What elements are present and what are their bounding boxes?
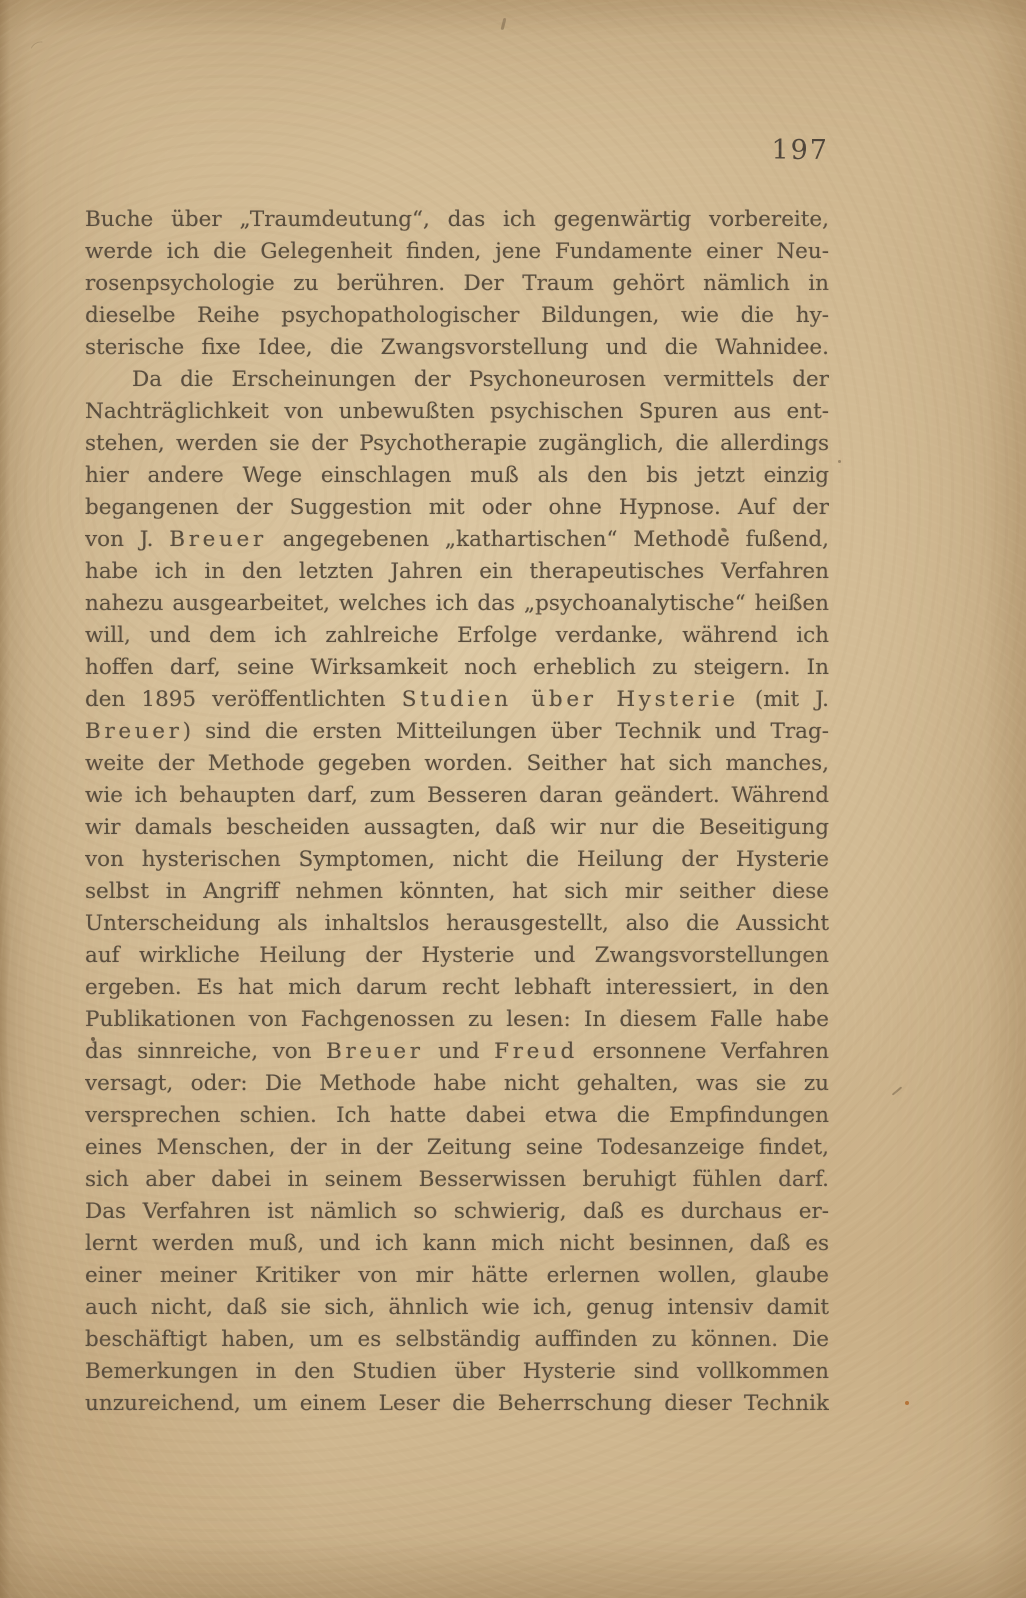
- text-line: rosenpsychologie zu berühren. Der Traum …: [85, 268, 829, 300]
- text-segment: den 1895 veröffentlichten: [85, 687, 402, 712]
- text-line: will, und dem ich zahlreiche Erfolge ver…: [85, 620, 829, 652]
- text-line: weite der Methode gegeben worden. Seithe…: [85, 748, 829, 780]
- text-segment: ergeben. Es hat mich darum recht lebhaft…: [85, 975, 829, 1000]
- text-block: Buche über „Traumdeutung“, das ich gegen…: [85, 204, 829, 1420]
- paper-fiber: [28, 38, 51, 59]
- text-line: selbst in Angriff nehmen könnten, hat si…: [85, 876, 829, 908]
- text-line: Da die Erscheinungen der Psychoneurosen …: [85, 364, 829, 396]
- text-segment: ersonnene Verfahren: [578, 1039, 829, 1064]
- paragraph: Da die Erscheinungen der Psychoneurosen …: [85, 364, 829, 1420]
- text-line: eines Menschen, der in der Zeitung seine…: [85, 1132, 829, 1164]
- text-segment: habe ich in den letzten Jahren ein thera…: [85, 559, 829, 584]
- text-segment: Buche über „Traumdeutung“, das ich gegen…: [85, 207, 829, 232]
- text-segment: von J.: [85, 527, 169, 552]
- text-segment: versagt, oder: Die Methode habe nicht ge…: [85, 1071, 829, 1096]
- text-segment: dieselbe Reihe psychopathologischer Bild…: [85, 303, 829, 328]
- paper-speck: [905, 1401, 909, 1405]
- text-segment: lernt werden muß, und ich kann mich nich…: [85, 1231, 829, 1256]
- text-segment: Nachträglichkeit von unbewußten psychisc…: [85, 399, 829, 424]
- text-line: das sinnreiche, von Breuer und Freud ers…: [85, 1036, 829, 1068]
- text-line: wir damals bescheiden aussagten, daß wir…: [85, 812, 829, 844]
- scanned-book-page: 197 Buche über „Traumdeutung“, das ich g…: [0, 0, 1026, 1598]
- text-line: Unterscheidung als inhaltslos herausgest…: [85, 908, 829, 940]
- letterspaced-name: Studien über Hysterie: [402, 687, 739, 712]
- text-line: sich aber dabei in seinem Besserwissen b…: [85, 1164, 829, 1196]
- text-segment: Publikationen von Fachgenossen zu lesen:…: [85, 1007, 829, 1032]
- text-segment: wir damals bescheiden aussagten, daß wir…: [85, 815, 829, 840]
- text-line: von hysterischen Symptomen, nicht die He…: [85, 844, 829, 876]
- paragraph: Buche über „Traumdeutung“, das ich gegen…: [85, 204, 829, 364]
- text-line: von J. Breuer angegebenen „kathartischen…: [85, 524, 829, 556]
- text-segment: und: [424, 1039, 495, 1064]
- text-segment: Das Verfahren ist nämlich so schwierig, …: [85, 1199, 829, 1224]
- text-line: versagt, oder: Die Methode habe nicht ge…: [85, 1068, 829, 1100]
- page-number: 197: [771, 135, 829, 166]
- text-segment: will, und dem ich zahlreiche Erfolge ver…: [85, 623, 829, 648]
- text-line: Bemerkungen in den Studien über Hysterie…: [85, 1356, 829, 1388]
- text-segment: stehen, werden sie der Psychotherapie zu…: [85, 431, 829, 456]
- text-segment: sich aber dabei in seinem Besserwissen b…: [85, 1167, 829, 1192]
- text-segment: Da die Erscheinungen der Psychoneurosen …: [132, 367, 829, 392]
- text-segment: Bemerkungen in den Studien über Hysterie…: [85, 1359, 829, 1384]
- text-segment: eines Menschen, der in der Zeitung seine…: [85, 1135, 829, 1160]
- text-segment: unzureichend, um einem Leser die Beherrs…: [85, 1391, 829, 1416]
- page-header: 197: [85, 0, 829, 165]
- text-line: sterische fixe Idee, die Zwangsvorstellu…: [85, 332, 829, 364]
- text-line: den 1895 veröffentlichten Studien über H…: [85, 684, 829, 716]
- letterspaced-name: Freud: [494, 1039, 578, 1064]
- letterspaced-name: Breuer: [85, 719, 183, 744]
- text-line: wie ich behaupten darf, zum Besseren dar…: [85, 780, 829, 812]
- text-segment: wie ich behaupten darf, zum Besseren dar…: [85, 783, 829, 808]
- text-line: unzureichend, um einem Leser die Beherrs…: [85, 1388, 829, 1420]
- text-line: dieselbe Reihe psychopathologischer Bild…: [85, 300, 829, 332]
- paper-scratch: [892, 1086, 902, 1095]
- text-line: hoffen darf, seine Wirksamkeit noch erhe…: [85, 652, 829, 684]
- text-segment: versprechen schien. Ich hatte dabei etwa…: [85, 1103, 829, 1128]
- text-line: auch nicht, daß sie sich, ähnlich wie ic…: [85, 1292, 829, 1324]
- text-segment: sterische fixe Idee, die Zwangsvorstellu…: [85, 335, 829, 360]
- text-segment: beschäftigt haben, um es selbständig auf…: [85, 1327, 829, 1352]
- text-line: hier andere Wege einschlagen muß als den…: [85, 460, 829, 492]
- text-line: lernt werden muß, und ich kann mich nich…: [85, 1228, 829, 1260]
- text-segment: auch nicht, daß sie sich, ähnlich wie ic…: [85, 1295, 829, 1320]
- text-segment: von hysterischen Symptomen, nicht die He…: [85, 847, 829, 872]
- text-segment: Unterscheidung als inhaltslos herausgest…: [85, 911, 829, 936]
- text-line: habe ich in den letzten Jahren ein thera…: [85, 556, 829, 588]
- text-segment: hoffen darf, seine Wirksamkeit noch erhe…: [85, 655, 829, 680]
- text-segment: rosenpsychologie zu berühren. Der Traum …: [85, 271, 829, 296]
- text-line: einer meiner Kritiker von mir hätte erle…: [85, 1260, 829, 1292]
- text-line: begangenen der Suggestion mit oder ohne …: [85, 492, 829, 524]
- text-segment: begangenen der Suggestion mit oder ohne …: [85, 495, 829, 520]
- text-line: stehen, werden sie der Psychotherapie zu…: [85, 428, 829, 460]
- text-line: Publikationen von Fachgenossen zu lesen:…: [85, 1004, 829, 1036]
- letterspaced-name: Breuer: [326, 1039, 424, 1064]
- text-segment: auf wirkliche Heilung der Hysterie und Z…: [85, 943, 829, 968]
- text-segment: selbst in Angriff nehmen könnten, hat si…: [85, 879, 829, 904]
- text-segment: werde ich die Gelegenheit finden, jene F…: [85, 239, 829, 264]
- text-segment: angegebenen „kathartischen“ Methode fuße…: [267, 527, 829, 552]
- text-segment: das sinnreiche, von: [85, 1039, 326, 1064]
- text-line: versprechen schien. Ich hatte dabei etwa…: [85, 1100, 829, 1132]
- text-line: ergeben. Es hat mich darum recht lebhaft…: [85, 972, 829, 1004]
- text-segment: (mit J.: [739, 687, 829, 712]
- letterspaced-name: Breuer: [169, 527, 267, 552]
- text-line: beschäftigt haben, um es selbständig auf…: [85, 1324, 829, 1356]
- text-line: Buche über „Traumdeutung“, das ich gegen…: [85, 204, 829, 236]
- text-line: Breuer) sind die ersten Mitteilungen übe…: [85, 716, 829, 748]
- text-line: werde ich die Gelegenheit finden, jene F…: [85, 236, 829, 268]
- text-segment: nahezu ausgearbeitet, welches ich das „p…: [85, 591, 829, 616]
- text-segment: hier andere Wege einschlagen muß als den…: [85, 463, 829, 488]
- paper-speck: [838, 460, 841, 463]
- text-line: nahezu ausgearbeitet, welches ich das „p…: [85, 588, 829, 620]
- text-line: Nachträglichkeit von unbewußten psychisc…: [85, 396, 829, 428]
- text-line: Das Verfahren ist nämlich so schwierig, …: [85, 1196, 829, 1228]
- text-segment: weite der Methode gegeben worden. Seithe…: [85, 751, 829, 776]
- text-segment: ) sind die ersten Mitteilungen über Tech…: [183, 719, 829, 744]
- text-line: auf wirkliche Heilung der Hysterie und Z…: [85, 940, 829, 972]
- text-segment: einer meiner Kritiker von mir hätte erle…: [85, 1263, 829, 1288]
